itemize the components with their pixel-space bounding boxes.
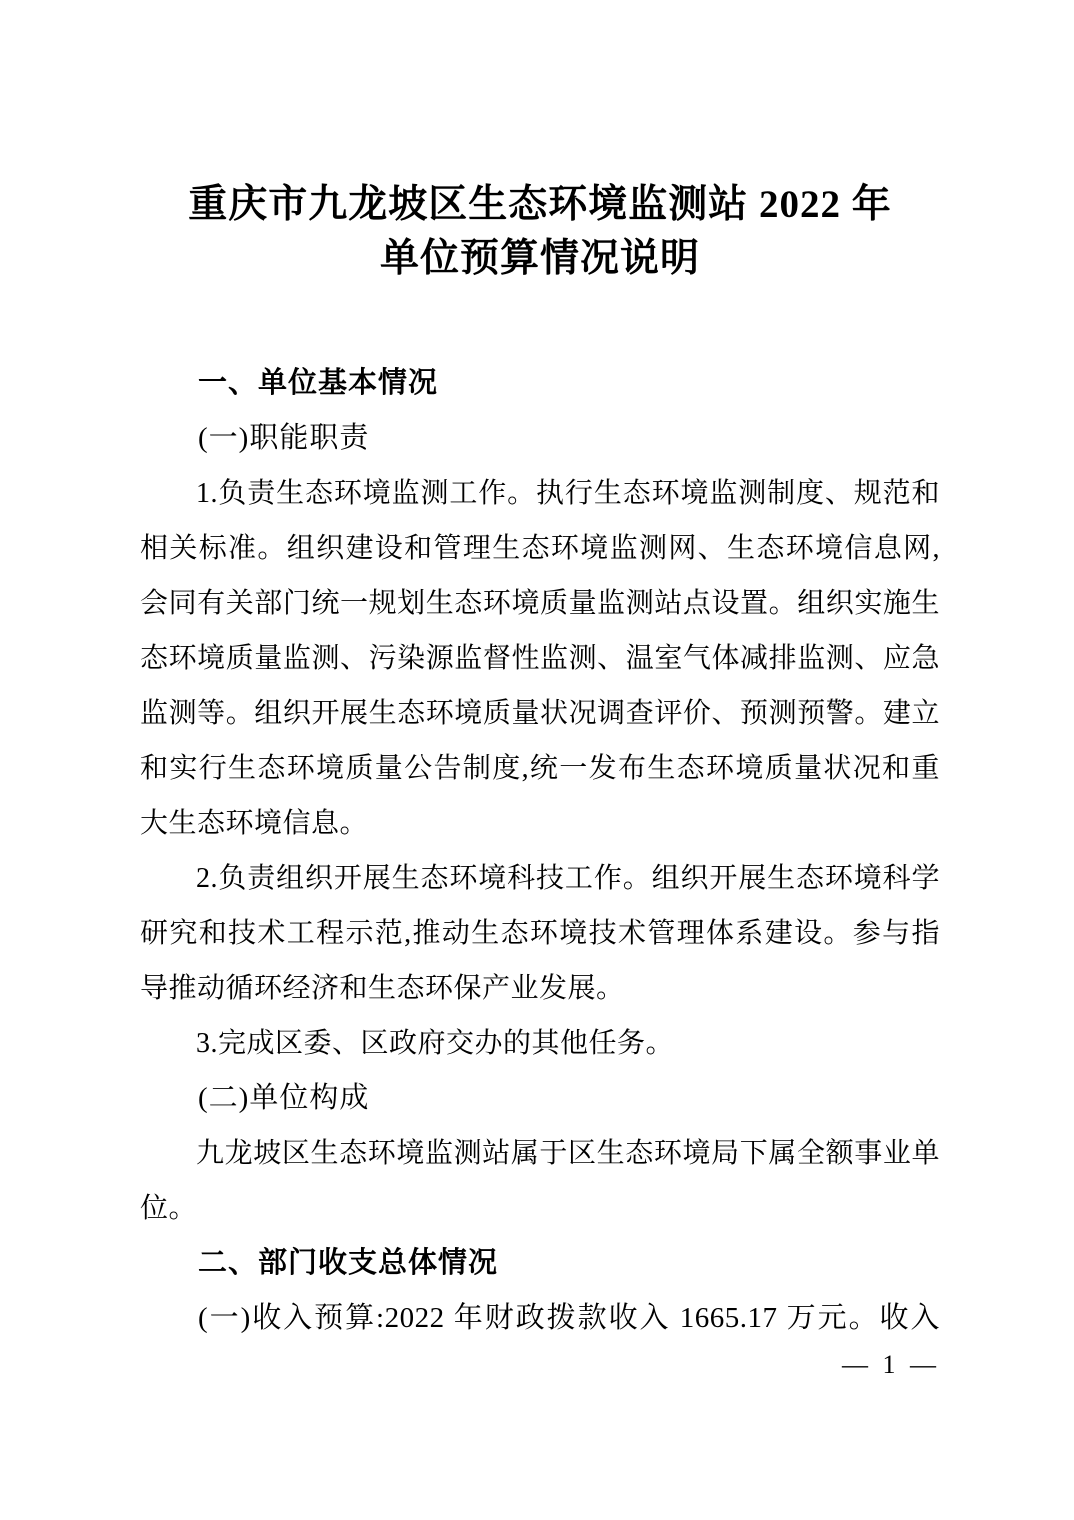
document-page: 重庆市九龙坡区生态环境监测站 2022 年 单位预算情况说明 一、单位基本情况 …: [0, 0, 1074, 1520]
section-heading-budget-overview: 二、部门收支总体情况: [140, 1236, 940, 1291]
paragraph-duty-3: 3.完成区委、区政府交办的其他任务。: [140, 1016, 940, 1071]
paragraph-duty-2: 2.负责组织开展生态环境科技工作。组织开展生态环境科学研究和技术工程示范,推动生…: [140, 851, 940, 1016]
section-heading-basic-info: 一、单位基本情况: [140, 356, 940, 411]
paragraph-duty-1: 1.负责生态环境监测工作。执行生态环境监测制度、规范和相关标准。组织建设和管理生…: [140, 466, 940, 851]
document-title-line1: 重庆市九龙坡区生态环境监测站 2022 年: [140, 178, 940, 232]
subsection-heading-composition: (二)单位构成: [140, 1071, 940, 1126]
paragraph-income-budget: (一)收入预算:2022 年财政拨款收入 1665.17 万元。收入: [140, 1291, 940, 1346]
document-title: 重庆市九龙坡区生态环境监测站 2022 年 单位预算情况说明: [140, 178, 940, 286]
paragraph-composition: 九龙坡区生态环境监测站属于区生态环境局下属全额事业单位。: [140, 1126, 940, 1236]
document-title-line2: 单位预算情况说明: [140, 232, 940, 286]
page-number: — 1 —: [842, 1350, 940, 1380]
subsection-heading-duties: (一)职能职责: [140, 411, 940, 466]
